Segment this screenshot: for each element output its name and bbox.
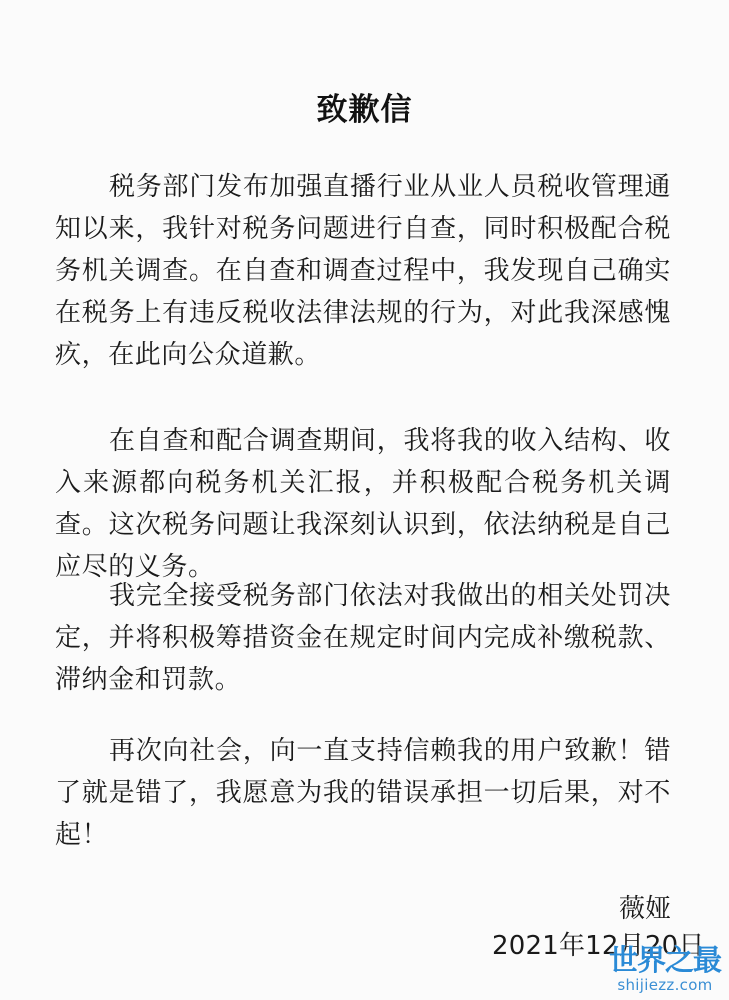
- paragraph-3: 我完全接受税务部门依法对我做出的相关处罚决定，并将积极筹措资金在规定时间内完成补…: [55, 575, 671, 701]
- paragraph-1: 税务部门发布加强直播行业从业人员税收管理通知以来，我针对税务问题进行自查，同时积…: [55, 166, 671, 376]
- watermark-url: shijiezz.com: [605, 976, 725, 994]
- letter-title: 致歉信: [0, 84, 729, 129]
- paragraph-2: 在自查和配合调查期间，我将我的收入结构、收入来源都向税务机关汇报，并积极配合税务…: [55, 420, 671, 588]
- watermark-logo-text: 世界之最: [605, 944, 725, 976]
- paragraph-4: 再次向社会，向一直支持信赖我的用户致歉！错了就是错了，我愿意为我的错误承担一切后…: [55, 730, 671, 856]
- signature: 薇娅: [619, 888, 671, 925]
- watermark: 世界之最 shijiezz.com: [605, 944, 725, 994]
- letter-page: 致歉信 税务部门发布加强直播行业从业人员税收管理通知以来，我针对税务问题进行自查…: [0, 0, 729, 1000]
